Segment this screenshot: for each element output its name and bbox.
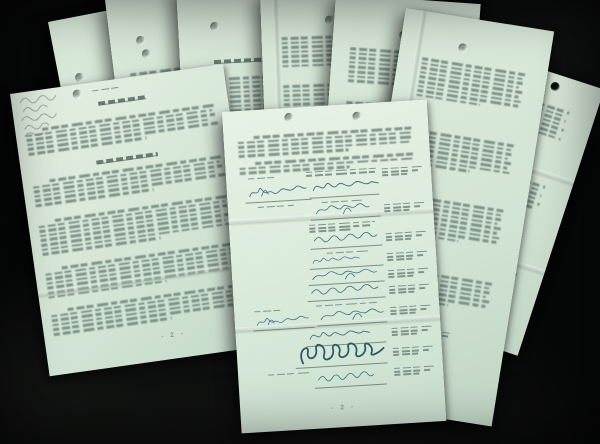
typed-line xyxy=(258,204,294,208)
signature-page: - 2 - xyxy=(222,99,446,433)
address-block xyxy=(384,200,425,214)
address-block xyxy=(388,266,429,280)
signature-caption xyxy=(258,203,294,210)
typed-line xyxy=(394,373,419,376)
typed-line xyxy=(387,258,412,261)
typed-line xyxy=(248,176,278,180)
typed-line xyxy=(389,291,414,294)
typed-line xyxy=(386,238,411,241)
address-block xyxy=(382,164,423,178)
punch-hole xyxy=(136,35,146,45)
typed-line xyxy=(391,312,416,315)
typed-fragment xyxy=(92,85,120,94)
address-block xyxy=(393,344,434,358)
witnessed-typed-line xyxy=(268,370,312,378)
punch-hole xyxy=(141,49,151,59)
address-block xyxy=(391,324,432,338)
address-block xyxy=(387,249,428,263)
typed-line xyxy=(268,371,312,376)
typed-line xyxy=(384,209,409,212)
typed-line xyxy=(393,353,418,356)
punch-hole xyxy=(74,72,85,83)
typed-line xyxy=(392,333,417,336)
page-number: - 2 - xyxy=(240,398,445,418)
typed-text-block xyxy=(416,55,526,114)
punch-hole xyxy=(458,43,468,53)
punch-hole xyxy=(352,111,362,121)
witness-label xyxy=(248,175,278,182)
typed-line xyxy=(254,309,280,312)
typed-line xyxy=(92,86,120,92)
typed-line xyxy=(388,275,413,278)
address-block xyxy=(386,229,427,243)
punch-hole xyxy=(284,113,294,123)
address-block xyxy=(394,364,435,378)
address-block xyxy=(390,303,431,317)
punch-hole xyxy=(325,15,334,24)
typed-line xyxy=(382,173,407,176)
underlined-heading xyxy=(98,95,146,106)
address-block xyxy=(389,282,430,296)
punch-hole xyxy=(210,22,219,31)
punch-hole-dark xyxy=(549,81,560,92)
photo-stage: - 2 - xyxy=(0,0,600,444)
